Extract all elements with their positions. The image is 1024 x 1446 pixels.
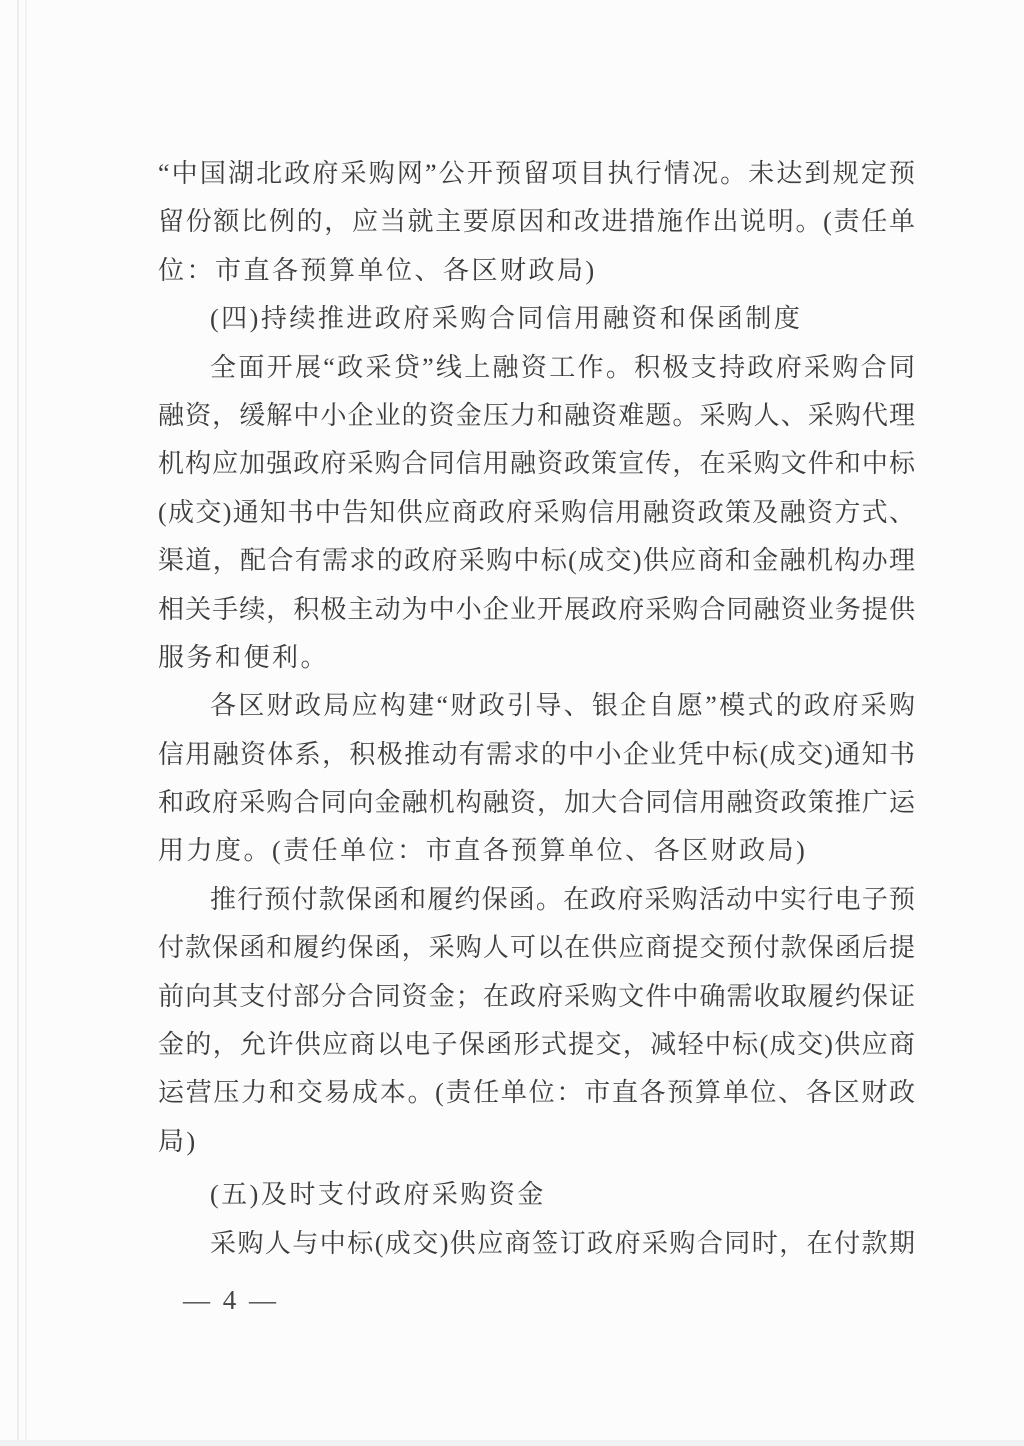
scan-artifact-line (17, 0, 19, 1446)
text-line: 和政府采购合同向金融机构融资，加大合同信用融资政策推广运 (158, 779, 915, 827)
text-line: 相关手续，积极主动为中小企业开展政府采购合同融资业务提供 (158, 586, 915, 634)
text-line: 前向其支付部分合同资金；在政府采购文件中确需收取履约保证 (158, 973, 915, 1021)
text-line: 渠道，配合有需求的政府采购中标(成交)供应商和金融机构办理 (158, 537, 915, 585)
text-line: 采购人与中标(成交)供应商签订政府采购合同时，在付款期 (158, 1220, 915, 1268)
text-line: 信用融资体系，积极推动有需求的中小企业凭中标(成交)通知书 (158, 731, 915, 779)
text-line: 运营压力和交易成本。(责任单位：市直各预算单位、各区财政 (158, 1069, 915, 1117)
text-line: (成交)通知书中告知供应商政府采购信用融资政策及融资方式、 (158, 489, 915, 537)
text-line: 留份额比例的，应当就主要原因和改进措施作出说明。(责任单 (158, 198, 915, 246)
text-line: “中国湖北政府采购网”公开预留项目执行情况。未达到规定预 (158, 150, 915, 198)
text-line: 局) (158, 1118, 915, 1166)
text-line: 推行预付款保函和履约保函。在政府采购活动中实行电子预 (158, 876, 915, 924)
text-line: 融资，缓解中小企业的资金压力和融资难题。采购人、采购代理 (158, 392, 915, 440)
page-number: — 4 — (183, 1283, 279, 1317)
text-line: 金的，允许供应商以电子保函形式提交，减轻中标(成交)供应商 (158, 1021, 915, 1069)
scan-edge-shadow (0, 1440, 1024, 1446)
text-line: 付款保函和履约保函，采购人可以在供应商提交预付款保函后提 (158, 924, 915, 972)
section-heading: (五)及时支付政府采购资金 (158, 1171, 915, 1219)
text-line: 用力度。(责任单位：市直各预算单位、各区财政局) (158, 827, 915, 875)
text-line: 服务和便利。 (158, 634, 915, 682)
text-line: 机构应加强政府采购合同信用融资政策宣传，在采购文件和中标 (158, 440, 915, 488)
document-body: “中国湖北政府采购网”公开预留项目执行情况。未达到规定预 留份额比例的，应当就主… (158, 150, 915, 1268)
text-line: 各区财政局应构建“财政引导、银企自愿”模式的政府采购 (158, 682, 915, 730)
text-line: 全面开展“政采贷”线上融资工作。积极支持政府采购合同 (158, 344, 915, 392)
scan-artifact-line (25, 0, 27, 1446)
text-line: 位：市直各预算单位、各区财政局) (158, 247, 915, 295)
section-heading: (四)持续推进政府采购合同信用融资和保函制度 (158, 295, 915, 343)
